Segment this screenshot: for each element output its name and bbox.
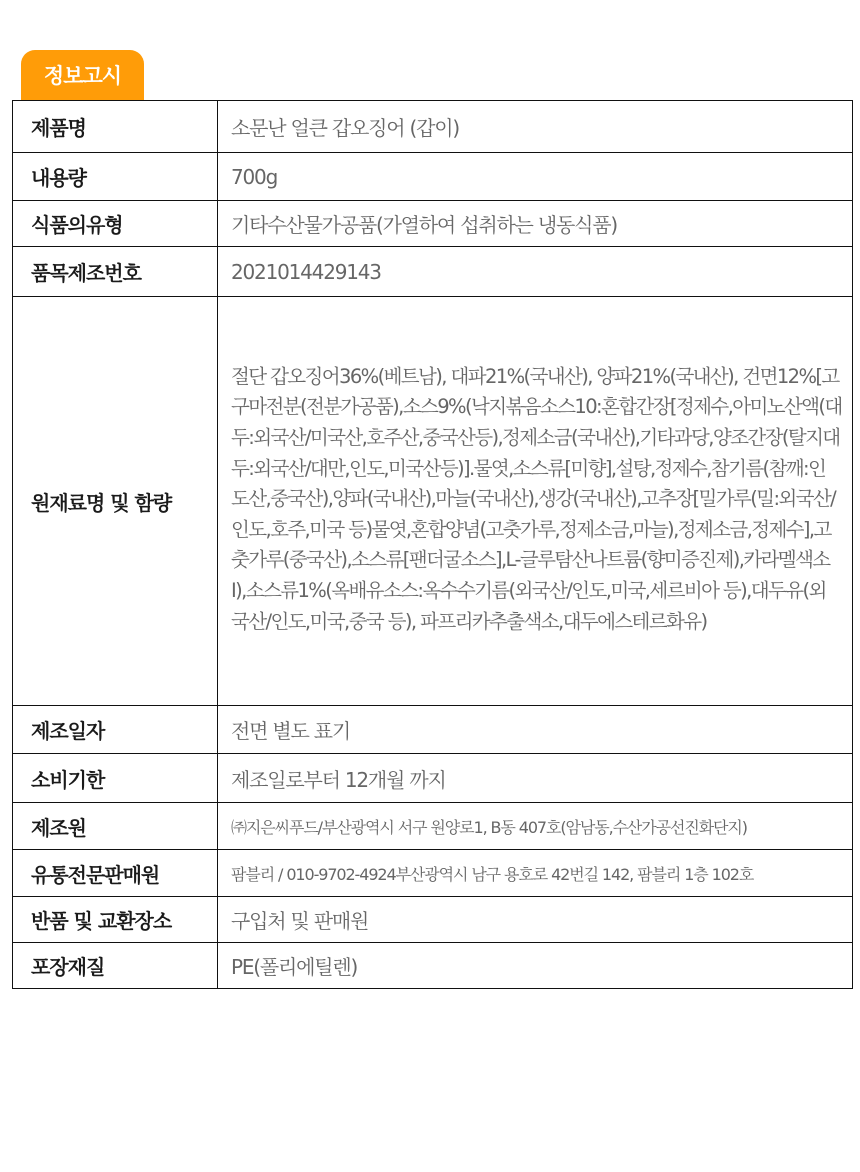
row-value: 구입처 및 판매원 bbox=[218, 897, 853, 943]
row-label: 소비기한 bbox=[13, 754, 218, 803]
row-value: 소문난 얼큰 갑오징어 (갑이) bbox=[218, 101, 853, 153]
product-info-table: 제품명 소문난 얼큰 갑오징어 (갑이) 내용량 700g 식품의유형 기타수산… bbox=[12, 100, 853, 989]
row-value: 제조일로부터 12개월 까지 bbox=[218, 754, 853, 803]
table-row-net-content: 내용량 700g bbox=[13, 153, 853, 201]
row-value: PE(폴리에틸렌) bbox=[218, 943, 853, 989]
row-label: 원재료명 및 함량 bbox=[13, 297, 218, 706]
table-row-report-number: 품목제조번호 2021014429143 bbox=[13, 247, 853, 297]
row-label: 유통전문판매원 bbox=[13, 850, 218, 897]
row-value: ㈜지은씨푸드/부산광역시 서구 원양로1, B동 407호(암남동,수산가공선진… bbox=[218, 803, 853, 850]
info-notice-tab: 정보고시 bbox=[21, 50, 144, 101]
row-value: 2021014429143 bbox=[218, 247, 853, 297]
row-value: 팜블리 / 010-9702-4924부산광역시 남구 용호로 42번길 142… bbox=[218, 850, 853, 897]
table-row-food-type: 식품의유형 기타수산물가공품(가열하여 섭취하는 냉동식품) bbox=[13, 201, 853, 247]
row-value: 700g bbox=[218, 153, 853, 201]
row-label: 반품 및 교환장소 bbox=[13, 897, 218, 943]
table-row-expiry: 소비기한 제조일로부터 12개월 까지 bbox=[13, 754, 853, 803]
table-row-manufacture-date: 제조일자 전면 별도 표기 bbox=[13, 706, 853, 754]
row-label: 식품의유형 bbox=[13, 201, 218, 247]
row-value: 기타수산물가공품(가열하여 섭취하는 냉동식품) bbox=[218, 201, 853, 247]
row-label: 품목제조번호 bbox=[13, 247, 218, 297]
table-row-ingredients: 원재료명 및 함량 절단 갑오징어36%(베트남), 대파21%(국내산), 양… bbox=[13, 297, 853, 706]
row-value: 절단 갑오징어36%(베트남), 대파21%(국내산), 양파21%(국내산),… bbox=[218, 297, 853, 706]
row-label: 제품명 bbox=[13, 101, 218, 153]
row-label: 포장재질 bbox=[13, 943, 218, 989]
table-row-manufacturer: 제조원 ㈜지은씨푸드/부산광역시 서구 원양로1, B동 407호(암남동,수산… bbox=[13, 803, 853, 850]
row-value: 전면 별도 표기 bbox=[218, 706, 853, 754]
row-label: 제조일자 bbox=[13, 706, 218, 754]
table-row-distributor: 유통전문판매원 팜블리 / 010-9702-4924부산광역시 남구 용호로 … bbox=[13, 850, 853, 897]
row-label: 내용량 bbox=[13, 153, 218, 201]
table-row-packaging: 포장재질 PE(폴리에틸렌) bbox=[13, 943, 853, 989]
table-row-return-place: 반품 및 교환장소 구입처 및 판매원 bbox=[13, 897, 853, 943]
row-label: 제조원 bbox=[13, 803, 218, 850]
table-row-product-name: 제품명 소문난 얼큰 갑오징어 (갑이) bbox=[13, 101, 853, 153]
